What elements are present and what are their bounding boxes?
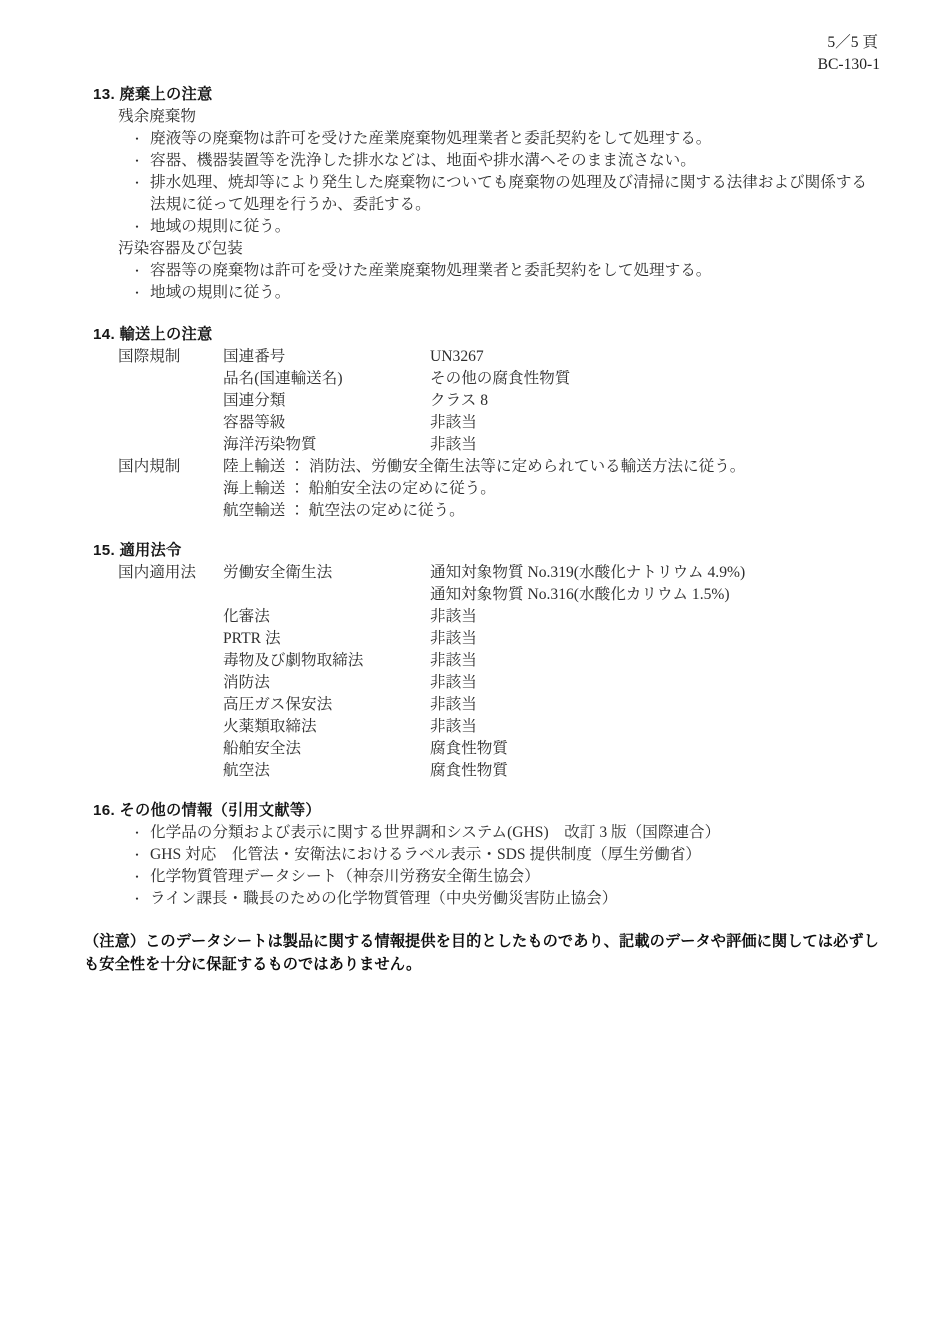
spacer-cell (118, 738, 223, 760)
field-label: 容器等級 (223, 412, 430, 434)
spacer-cell (118, 628, 223, 650)
field-value: その他の腐食性物質 (430, 368, 885, 390)
law-status: 非該当 (430, 628, 885, 650)
bullet-text: GHS 対応 化管法・安衛法におけるラベル表示・SDS 提供制度（厚生労働省） (150, 844, 880, 866)
list-item: ・ 容器、機器装置等を洗浄した排水などは、地面や排水溝へそのまま流さない。 (131, 150, 885, 172)
list-item: ・ 化学品の分類および表示に関する世界調和システム(GHS) 改訂 3 版（国際… (131, 822, 885, 844)
regulation-scope-label: 国際規制 (118, 346, 223, 368)
list-item: ・ 廃液等の廃棄物は許可を受けた産業廃棄物処理業者と委託契約をして処理する。 (131, 128, 885, 150)
law-name: 火薬類取締法 (223, 716, 430, 738)
spacer-cell (118, 606, 223, 628)
bullet-text: 廃液等の廃棄物は許可を受けた産業廃棄物処理業者と委託契約をして処理する。 (150, 128, 880, 150)
law-name: 毒物及び劇物取締法 (223, 650, 430, 672)
spacer-cell (118, 584, 223, 606)
law-name: 船舶安全法 (223, 738, 430, 760)
disclaimer-notice: （注意）このデータシートは製品に関する情報提供を目的としたものであり、記載のデー… (84, 930, 882, 976)
bullet-icon: ・ (131, 216, 150, 238)
law-name: 高圧ガス保安法 (223, 694, 430, 716)
spacer-cell (118, 672, 223, 694)
list-item: ・ 容器等の廃棄物は許可を受けた産業廃棄物処理業者と委託契約をして処理する。 (131, 260, 885, 282)
spacer-cell (118, 434, 223, 456)
law-name: 化審法 (223, 606, 430, 628)
bullet-icon: ・ (131, 844, 150, 866)
law-status: 通知対象物質 No.316(水酸化カリウム 1.5%) (430, 584, 885, 606)
list-item: ・ GHS 対応 化管法・安衛法におけるラベル表示・SDS 提供制度（厚生労働省… (131, 844, 885, 866)
field-label: 海洋汚染物質 (223, 434, 430, 456)
spacer-cell (118, 478, 223, 500)
law-name: 航空法 (223, 760, 430, 782)
field-label: 品名(国連輸送名) (223, 368, 430, 390)
law-status: 腐食性物質 (430, 760, 885, 782)
spacer-cell (118, 694, 223, 716)
field-value: 海上輸送 ： 船舶安全法の定めに従う。 (223, 478, 885, 500)
spacer-cell (118, 368, 223, 390)
bullet-text: 容器、機器装置等を洗浄した排水などは、地面や排水溝へそのまま流さない。 (150, 150, 880, 172)
law-status: 腐食性物質 (430, 738, 885, 760)
law-name: 労働安全衛生法 (223, 562, 430, 584)
bullet-icon: ・ (131, 260, 150, 282)
field-label: 国連番号 (223, 346, 430, 368)
spacer-cell (118, 650, 223, 672)
bullet-icon: ・ (131, 172, 150, 216)
bullet-icon: ・ (131, 150, 150, 172)
field-value: UN3267 (430, 346, 885, 368)
spacer-cell (223, 584, 430, 606)
page-number: 5／5 頁 (818, 32, 880, 54)
sds-document-page: 5／5 頁 BC-130-1 13. 廃棄上の注意 残余廃棄物 ・ 廃液等の廃棄… (0, 0, 938, 1327)
bullet-icon: ・ (131, 128, 150, 150)
law-status: 非該当 (430, 606, 885, 628)
applicable-laws-table: 国内適用法 労働安全衛生法 通知対象物質 No.319(水酸化ナトリウム 4.9… (118, 562, 885, 782)
bullet-text: 容器等の廃棄物は許可を受けた産業廃棄物処理業者と委託契約をして処理する。 (150, 260, 880, 282)
bullet-text: 化学物質管理データシート（神奈川労務安全衛生協会） (150, 866, 880, 888)
spacer-cell (118, 500, 223, 522)
list-item: ・ ライン課長・職長のための化学物質管理（中央労働災害防止協会） (131, 888, 885, 910)
bullet-icon: ・ (131, 282, 150, 304)
regulation-scope-label: 国内規制 (118, 456, 223, 478)
bullet-icon: ・ (131, 822, 150, 844)
transport-table: 国際規制 国連番号 UN3267 品名(国連輸送名) その他の腐食性物質 国連分… (118, 346, 885, 522)
section-13-title: 13. 廃棄上の注意 (93, 84, 885, 106)
doc-code: BC-130-1 (818, 54, 880, 76)
bullet-icon: ・ (131, 866, 150, 888)
bullet-text: 地域の規則に従う。 (150, 216, 880, 238)
list-item: ・ 地域の規則に従う。 (131, 216, 885, 238)
law-name: 消防法 (223, 672, 430, 694)
field-value: 陸上輸送 ： 消防法、労働安全衛生法等に定められている輸送方法に従う。 (223, 456, 885, 478)
document-body: 13. 廃棄上の注意 残余廃棄物 ・ 廃液等の廃棄物は許可を受けた産業廃棄物処理… (93, 84, 885, 976)
spacer-cell (118, 390, 223, 412)
field-value: クラス 8 (430, 390, 885, 412)
law-status: 非該当 (430, 650, 885, 672)
spacer-cell (118, 716, 223, 738)
section-16-title: 16. その他の情報（引用文献等） (93, 800, 885, 822)
field-label: 国連分類 (223, 390, 430, 412)
section-14-title: 14. 輸送上の注意 (93, 324, 885, 346)
page-header: 5／5 頁 BC-130-1 (818, 32, 880, 76)
law-status: 非該当 (430, 672, 885, 694)
bullet-text: 化学品の分類および表示に関する世界調和システム(GHS) 改訂 3 版（国際連合… (150, 822, 880, 844)
law-status: 非該当 (430, 716, 885, 738)
bullet-icon: ・ (131, 888, 150, 910)
law-status: 通知対象物質 No.319(水酸化ナトリウム 4.9%) (430, 562, 885, 584)
bullet-text: 排水処理、焼却等により発生した廃棄物についても廃棄物の処理及び清掃に関する法律お… (150, 172, 880, 216)
list-item: ・ 化学物質管理データシート（神奈川労務安全衛生協会） (131, 866, 885, 888)
section-15-title: 15. 適用法令 (93, 540, 885, 562)
regulation-scope-label: 国内適用法 (118, 562, 223, 584)
field-value: 航空輸送 ： 航空法の定めに従う。 (223, 500, 885, 522)
list-item: ・ 地域の規則に従う。 (131, 282, 885, 304)
section-13-group-residual-label: 残余廃棄物 (118, 106, 885, 128)
list-item: ・ 排水処理、焼却等により発生した廃棄物についても廃棄物の処理及び清掃に関する法… (131, 172, 885, 216)
spacer-cell (118, 412, 223, 434)
law-status: 非該当 (430, 694, 885, 716)
field-value: 非該当 (430, 434, 885, 456)
law-name: PRTR 法 (223, 628, 430, 650)
field-value: 非該当 (430, 412, 885, 434)
bullet-text: ライン課長・職長のための化学物質管理（中央労働災害防止協会） (150, 888, 880, 910)
bullet-text: 地域の規則に従う。 (150, 282, 880, 304)
section-13-group-container-label: 汚染容器及び包装 (118, 238, 885, 260)
spacer-cell (118, 760, 223, 782)
